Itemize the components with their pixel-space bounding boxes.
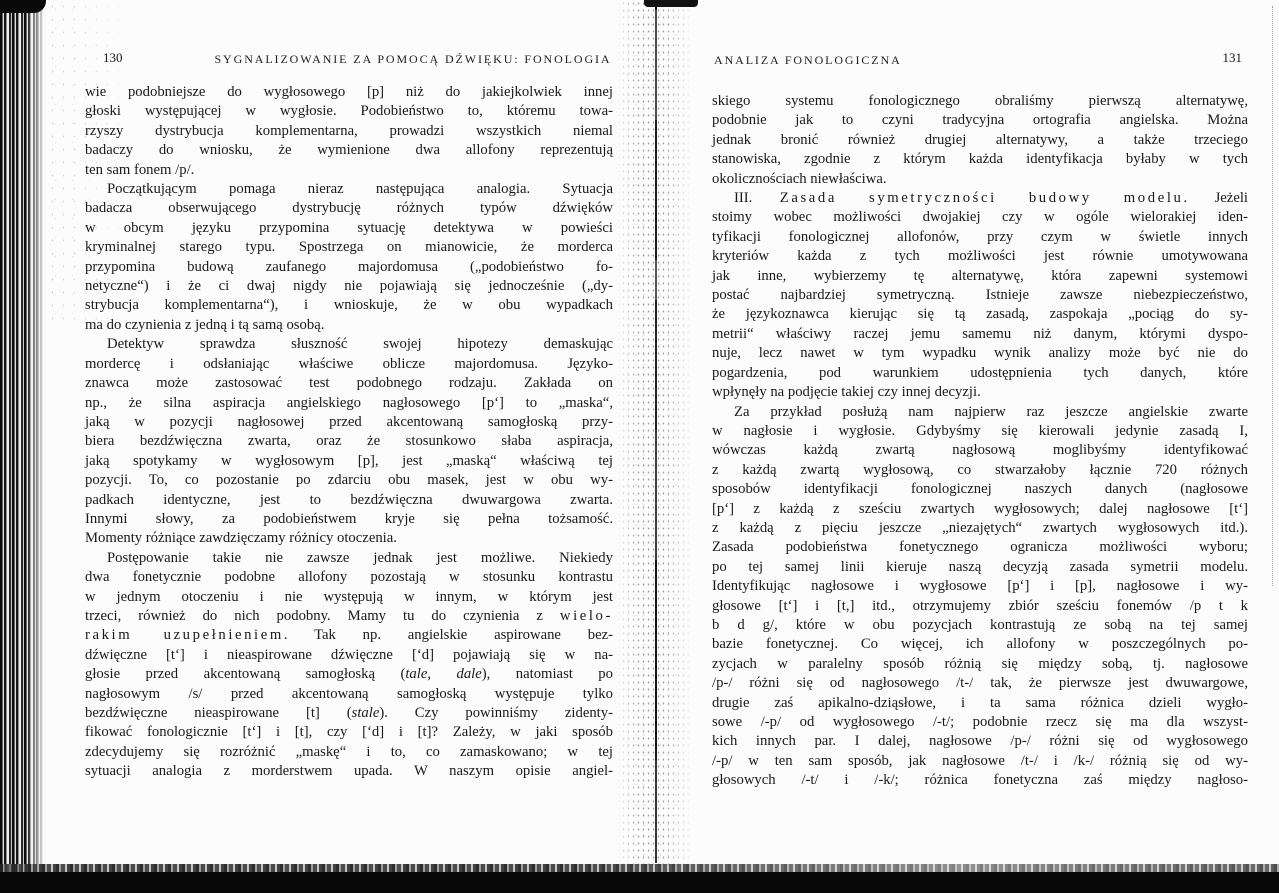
- text-line: stoimy wobec możliwości dwojakiej czy w …: [712, 208, 1248, 227]
- text-line: nagłosowym /s/ przed akcentowaną samogło…: [85, 685, 613, 704]
- text-line: skiego systemu fonologicznego obraliśmy …: [712, 92, 1248, 111]
- text-line: sowe /-p/ od wygłosowego /-t/; podobnie …: [712, 713, 1248, 732]
- text-line: pogardzenia, pod warunkiem udostępnienia…: [712, 364, 1248, 383]
- page-number: 130: [103, 50, 123, 66]
- text-line: z każdą zwartą wygłosową, co stwarzałoby…: [712, 461, 1248, 480]
- text-line: głosowych /-t/ i /-k/; różnica fonetyczn…: [712, 771, 1248, 790]
- text-line: ma do czynienia z jedną i tą samą osobą.: [85, 316, 613, 335]
- text-line: III. Zasada symetryczności budowy modelu…: [712, 189, 1248, 208]
- text-line: Za przykład posłużą nam najpierw raz jes…: [712, 403, 1248, 422]
- text-column: wie podobniejsze do wygłosowego [p] niż …: [85, 83, 613, 782]
- book-left-edge: [0, 0, 47, 872]
- text-line: bezdźwięczne nieaspirowane [t] (stale). …: [85, 704, 613, 723]
- text-line: np., że silna aspiracja angielskiego nag…: [85, 394, 613, 413]
- text-line: fikować fonologicznie [t‘] i [t], czy [‘…: [85, 723, 613, 742]
- right-page: ANALIZA FONOLOGICZNA 131 skiego systemu …: [712, 46, 1248, 791]
- text-line: jak inne, wybierzemy tę alternatywę, któ…: [712, 267, 1248, 286]
- running-header: ANALIZA FONOLOGICZNA: [714, 53, 902, 68]
- running-header: SYGNALIZOWANIE ZA POMOCĄ DŹWIĘKU: FONOLO…: [213, 52, 613, 67]
- text-line: kryteriów każda z tych możliwości jest r…: [712, 247, 1248, 266]
- text-line: wpłynęły na podjęcie takiej czy innej de…: [712, 383, 1248, 402]
- text-line: [p‘] z każdą z sześciu zwartych wygłosow…: [712, 500, 1248, 519]
- text-line: netyczne“) i że ci dwaj nigdy nie pojawi…: [85, 277, 613, 296]
- text-line: /-p/ w ten sam sposób, jak nagłosowe /t-…: [712, 752, 1248, 771]
- text-line: sytuacji analogia z morderstwem upada. W…: [85, 762, 613, 781]
- text-line: stanowiska, zgodnie z którym każda ident…: [712, 150, 1248, 169]
- text-line: strybucja komplementarna“), i wnioskuje,…: [85, 296, 613, 315]
- text-line: kryminalnej starego typu. Spostrzega on …: [85, 238, 613, 257]
- text-line: okolicznościach niewłaściwa.: [712, 170, 1248, 189]
- text-line: w nagłosie i wygłosie. Gdybyśmy się kier…: [712, 422, 1248, 441]
- gutter-top-mark: [644, 0, 698, 7]
- text-line: rzyszy dystrybucja komplementarna, prowa…: [85, 122, 613, 141]
- text-line: zycjach w paralelny sposób różnią się mi…: [712, 655, 1248, 674]
- text-column: skiego systemu fonologicznego obraliśmy …: [712, 92, 1248, 791]
- text-line: postać najbardziej symetryczną. Istnieje…: [712, 286, 1248, 305]
- text-line: że językoznawca kierując się tą zasadą, …: [712, 305, 1248, 324]
- text-line: Początkującym pomaga nieraz następująca …: [85, 180, 613, 199]
- text-line: b d g/, które w obu pozycjach kontrastuj…: [712, 616, 1248, 635]
- text-line: Postępowanie takie nie zawsze jednak jes…: [85, 549, 613, 568]
- text-line: znawca może zastosować test podobnego ro…: [85, 374, 613, 393]
- text-line: nuje, lecz nawet w tym wypadku wynik ana…: [712, 344, 1248, 363]
- text-line: badaczy do wniosku, że wymienione dwa al…: [85, 141, 613, 160]
- gutter-line: [655, 0, 657, 863]
- text-line: Zasada podobieństwa fonetycznego ogranic…: [712, 538, 1248, 557]
- scan-bottom-bar: [0, 872, 1279, 893]
- text-line: Detektyw sprawdza słuszność swojej hipot…: [85, 335, 613, 354]
- text-line: drugie zaś apikalno-dziąsłowe, i ta sama…: [712, 694, 1248, 713]
- text-line: wie podobniejsze do wygłosowego [p] niż …: [85, 83, 613, 102]
- text-line: /p-/ różni się od nagłosowego /t-/ tak, …: [712, 674, 1248, 693]
- right-page-header: ANALIZA FONOLOGICZNA 131: [712, 46, 1248, 67]
- text-line: Identyfikując nagłosowe i wygłosowe [p‘]…: [712, 577, 1248, 596]
- left-page: 130 SYGNALIZOWANIE ZA POMOCĄ DŹWIĘKU: FO…: [85, 46, 613, 782]
- text-line: przypomina budową zaufanego majordomusa …: [85, 258, 613, 277]
- text-line: jednak bronić również drugiej alternatyw…: [712, 131, 1248, 150]
- text-line: dźwięczne [t‘] i nieaspirowane dźwięczne…: [85, 646, 613, 665]
- text-line: głosie przed akcentowaną samogłoską (tal…: [85, 665, 613, 684]
- text-line: ten sam fonem /p/.: [85, 161, 613, 180]
- page-number: 131: [1223, 50, 1243, 66]
- text-line: zdecydujemy się rozróżnić „maskę“ i to, …: [85, 743, 613, 762]
- text-line: padkach identyczne, jest to bezdźwięczna…: [85, 491, 613, 510]
- text-line: bazie fonetycznej. Co więcej, ich allofo…: [712, 635, 1248, 654]
- text-line: kich innych par. I dalej, nagłosowe /p-/…: [712, 732, 1248, 751]
- text-line: mordercę i odsłaniając właściwe oblicze …: [85, 355, 613, 374]
- text-line: badacza obserwującego dystrybucję różnyc…: [85, 199, 613, 218]
- text-line: metrii“ właściwy raczej jemu samemu niż …: [712, 325, 1248, 344]
- text-line: podobnie jak to czyni tradycyjna ortogra…: [712, 111, 1248, 130]
- text-line: w jednym otoczeniu i nie występują w inn…: [85, 588, 613, 607]
- text-line: jaką spotykamy w wygłosowym [p], jest „m…: [85, 452, 613, 471]
- text-line: Innymi słowy, za podobieństwem kryje się…: [85, 510, 613, 529]
- text-line: biera bezdźwięczna zwarta, oraz że stosu…: [85, 432, 613, 451]
- text-line: głoski występującej w wygłosie. Podobień…: [85, 102, 613, 121]
- left-page-header: 130 SYGNALIZOWANIE ZA POMOCĄ DŹWIĘKU: FO…: [85, 46, 613, 67]
- text-line: z każdą z pięciu jeszcze „niezajętych“ z…: [712, 519, 1248, 538]
- book-left-edge-corner: [0, 0, 46, 13]
- scan-edge-line: [1272, 6, 1273, 586]
- text-line: po tej samej linii kieruje naszą decyzją…: [712, 558, 1248, 577]
- text-line: jaką w pozycji nagłosowej przed akcentow…: [85, 413, 613, 432]
- text-line: rakim uzupełnieniem. Tak np. angielskie …: [85, 626, 613, 645]
- page-gutter: [616, 0, 692, 870]
- text-line: głosowe [t‘] i [t,] itd., otrzymujemy zb…: [712, 597, 1248, 616]
- text-line: Momenty różniące zawdzięczamy różnicy ot…: [85, 529, 613, 548]
- text-line: pozycji. To, co pozostanie po zdarciu ob…: [85, 471, 613, 490]
- text-line: dwa fonetycznie podobne allofony pozosta…: [85, 568, 613, 587]
- text-line: sposobów identyfikacji fonologicznej nas…: [712, 480, 1248, 499]
- text-line: tyfikacji fonologicznej allofonów, przy …: [712, 228, 1248, 247]
- text-line: w obcym języku przypomina sytuację detek…: [85, 219, 613, 238]
- text-line: trzeci, również do nich podobny. Mamy tu…: [85, 607, 613, 626]
- text-line: wówczas każdą zwartą nagłosową moglibyśm…: [712, 441, 1248, 460]
